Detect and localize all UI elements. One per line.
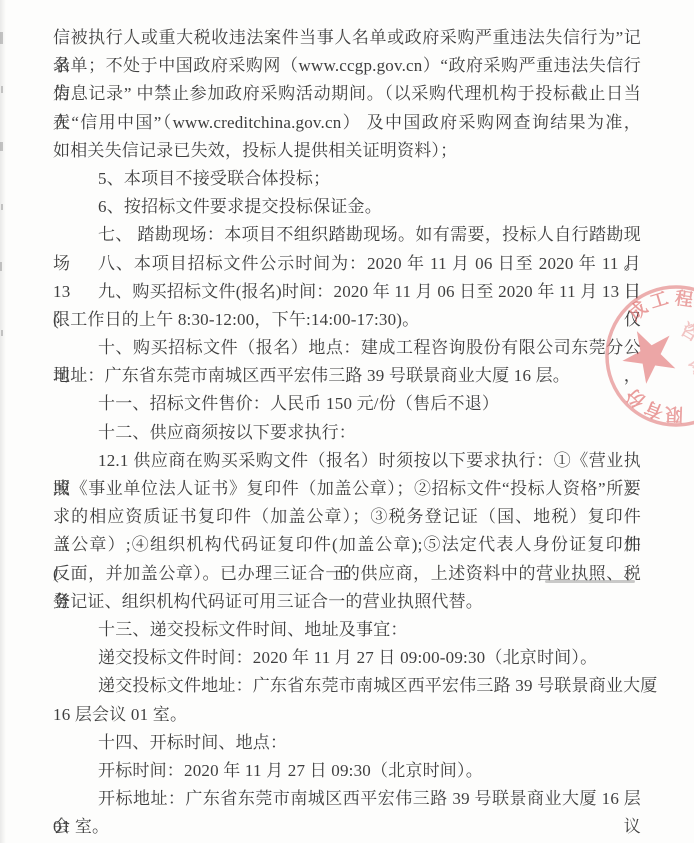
seal-char: 工 [647, 288, 670, 312]
text-line: 12.1 供应商在购买采购文件（报名）时须按以下要求执行：①《营业执照》 [53, 447, 641, 475]
document-body: 信被执行人或重大税收违法案件当事人名单或政府采购严重违法失信行为”记录 名单；不… [53, 24, 641, 841]
text-line: 如相关失信记录已失效，投标人提供相关证明资料）； [53, 137, 641, 165]
text-line: 十一、招标文件售价：人民币 150 元/份（售后不退） [53, 390, 641, 418]
text-line: 七、 踏勘现场：本项目不组织踏勘现场。如有需要，投标人自行踏勘现场。 [53, 221, 641, 249]
text-line: 反面，并加盖公章）。已办理三证合一的供应商，上述资料中的营业执照、税务 [53, 560, 641, 588]
text-line: 八、本项目招标文件公示时间为：2020 年 11 月 06 日至 2020 年 … [53, 250, 641, 278]
text-line: 6、按招标文件要求提交投标保证金。 [53, 193, 641, 221]
seal-char: 程 [674, 287, 694, 310]
text-line: 十四、开标时间、地点： [53, 729, 641, 757]
text-line: 或《事业单位法人证书》复印件（加盖公章）；②招标文件“投标人资格”所要 [53, 475, 641, 503]
seal-char: 限 [665, 404, 684, 425]
text-line: 地址：广东省东莞市南城区西平宏伟三路 39 号联景商业大厦 16 层。 [53, 362, 641, 390]
document-page: 信被执行人或重大税收违法案件当事人名单或政府采购严重违法失信行为”记录 名单；不… [0, 0, 694, 843]
text-line: 十三、递交投标文件时间、地址及事宜： [53, 616, 641, 644]
text-line: 递交投标文件时间：2020 年 11 月 27 日 09:00-09:30（北京… [53, 644, 641, 672]
text-line: 信被执行人或重大税收违法案件当事人名单或政府采购严重违法失信行为”记录 [53, 24, 641, 52]
seal-char: 询 [684, 352, 694, 379]
seal-char: 有 [642, 397, 667, 423]
text-line: 十、购买招标文件（报名）地点：建成工程咨询股份有限公司东莞分公司， [53, 334, 641, 362]
text-line: 开标地址：广东省东莞市南城区西平宏伟三路 39 号联景商业大厦 16 层会议 [53, 785, 641, 813]
text-line: 在“信用中国”（www.creditchina.gov.cn） 及中国政府采购网… [53, 109, 641, 137]
text-line: 盖公章）;④组织机构代码证复印件(加盖公章);⑤法定代表人身份证复印件(正、 [53, 531, 641, 559]
text-line: 九、购买招标文件(报名)时间：2020 年 11 月 06 日至 2020 年 … [53, 278, 641, 306]
text-line: 求的相应资质证书复印件（加盖公章）；③税务登记证（国、地税）复印件（加 [53, 503, 641, 531]
text-line: 递交投标文件地址：广东省东莞市南城区西平宏伟三路 39 号联景商业大厦 [53, 672, 641, 700]
text-line: 开标时间：2020 年 11 月 27 日 09:30（北京时间）。 [53, 757, 641, 785]
text-line: 登记证、组织机构代码证可用三证合一的营业执照代替。 [53, 588, 641, 616]
text-line: 5、本项目不接受联合体投标； [53, 165, 641, 193]
text-line: 十二、供应商须按以下要求执行： [53, 419, 641, 447]
text-line: 信息记录” 中禁止参加政府采购活动期间。（以采购代理机构于投标截止日当天 [53, 80, 641, 108]
text-line: 名单；不处于中国政府采购网（www.ccgp.gov.cn）“政府采购严重违法失… [53, 52, 641, 80]
seal-char: 咨 [677, 318, 694, 345]
text-line: 16 层会议 01 室。 [53, 701, 641, 729]
